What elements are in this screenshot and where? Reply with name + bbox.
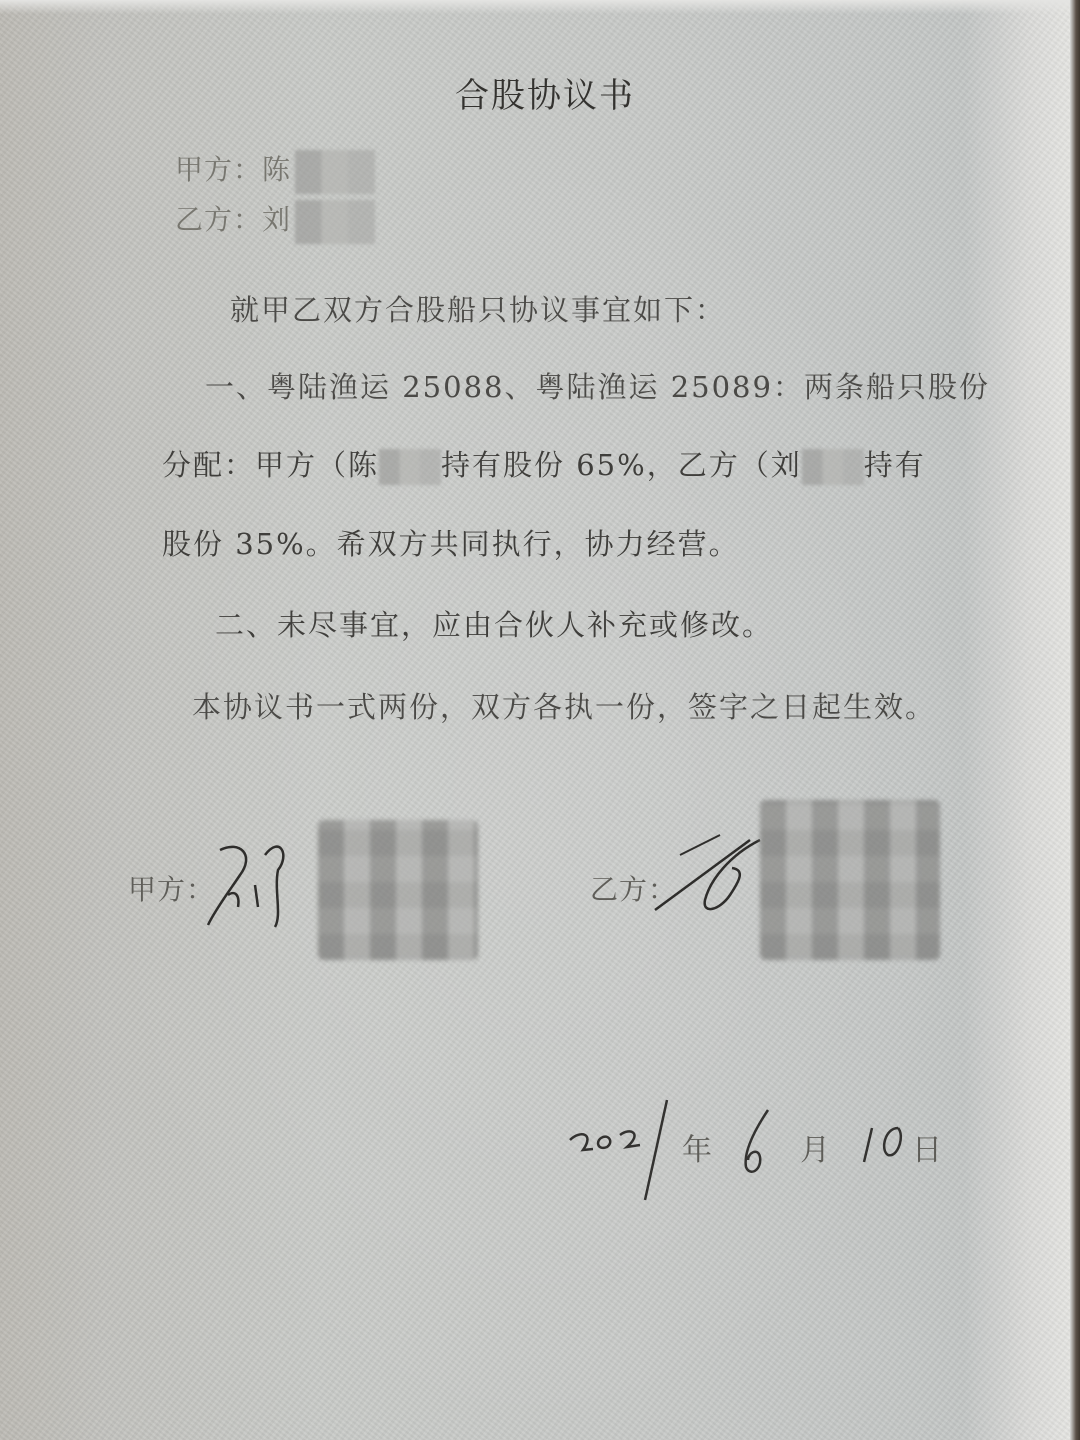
redacted-name [379,449,441,485]
party-b-surname: 刘 [262,203,291,236]
clause-2-line: 二、未尽事宜，应由合伙人补充或修改。 [215,603,773,644]
clause-1-middle: 持有股份 65%，乙方（刘 [441,448,802,482]
photo-background-edge [1070,0,1080,1440]
date-month-unit: 月 [800,1125,831,1169]
clause-1-line-1: 一、粤陆渔运 25088、粤陆渔运 25089：两条船只股份 [205,365,990,406]
party-b-line: 乙方：刘 [175,198,375,244]
clause-1-suffix: 持有 [864,448,926,482]
party-b-label: 乙方： [175,203,262,236]
party-a-line: 甲方：陈 [175,148,375,194]
redacted-signature-b [760,800,940,960]
date-day-unit: 日 [912,1125,943,1169]
date-year-unit: 年 [682,1125,713,1169]
intro-line: 就甲乙双方合股船只协议事宜如下： [230,288,726,329]
clause-1-line-3: 股份 35%。希双方共同执行，协力经营。 [162,522,740,563]
closing-line: 本协议书一式两份，双方各执一份，签字之日起生效。 [192,685,936,726]
party-a-handwritten-signature [200,835,310,935]
clause-1-line-2: 分配：甲方（陈持有股份 65%，乙方（刘持有 [162,443,926,485]
redacted-name [295,150,375,194]
redacted-name [802,449,864,485]
party-a-label: 甲方： [175,153,262,186]
document-title: 合股协议书 [455,68,635,117]
handwritten-year [565,1095,675,1205]
clause-1-prefix: 分配：甲方（陈 [162,448,379,482]
redacted-signature-a [318,820,478,960]
redacted-name [295,200,375,244]
party-a-surname: 陈 [262,153,291,186]
handwritten-month [738,1105,778,1185]
